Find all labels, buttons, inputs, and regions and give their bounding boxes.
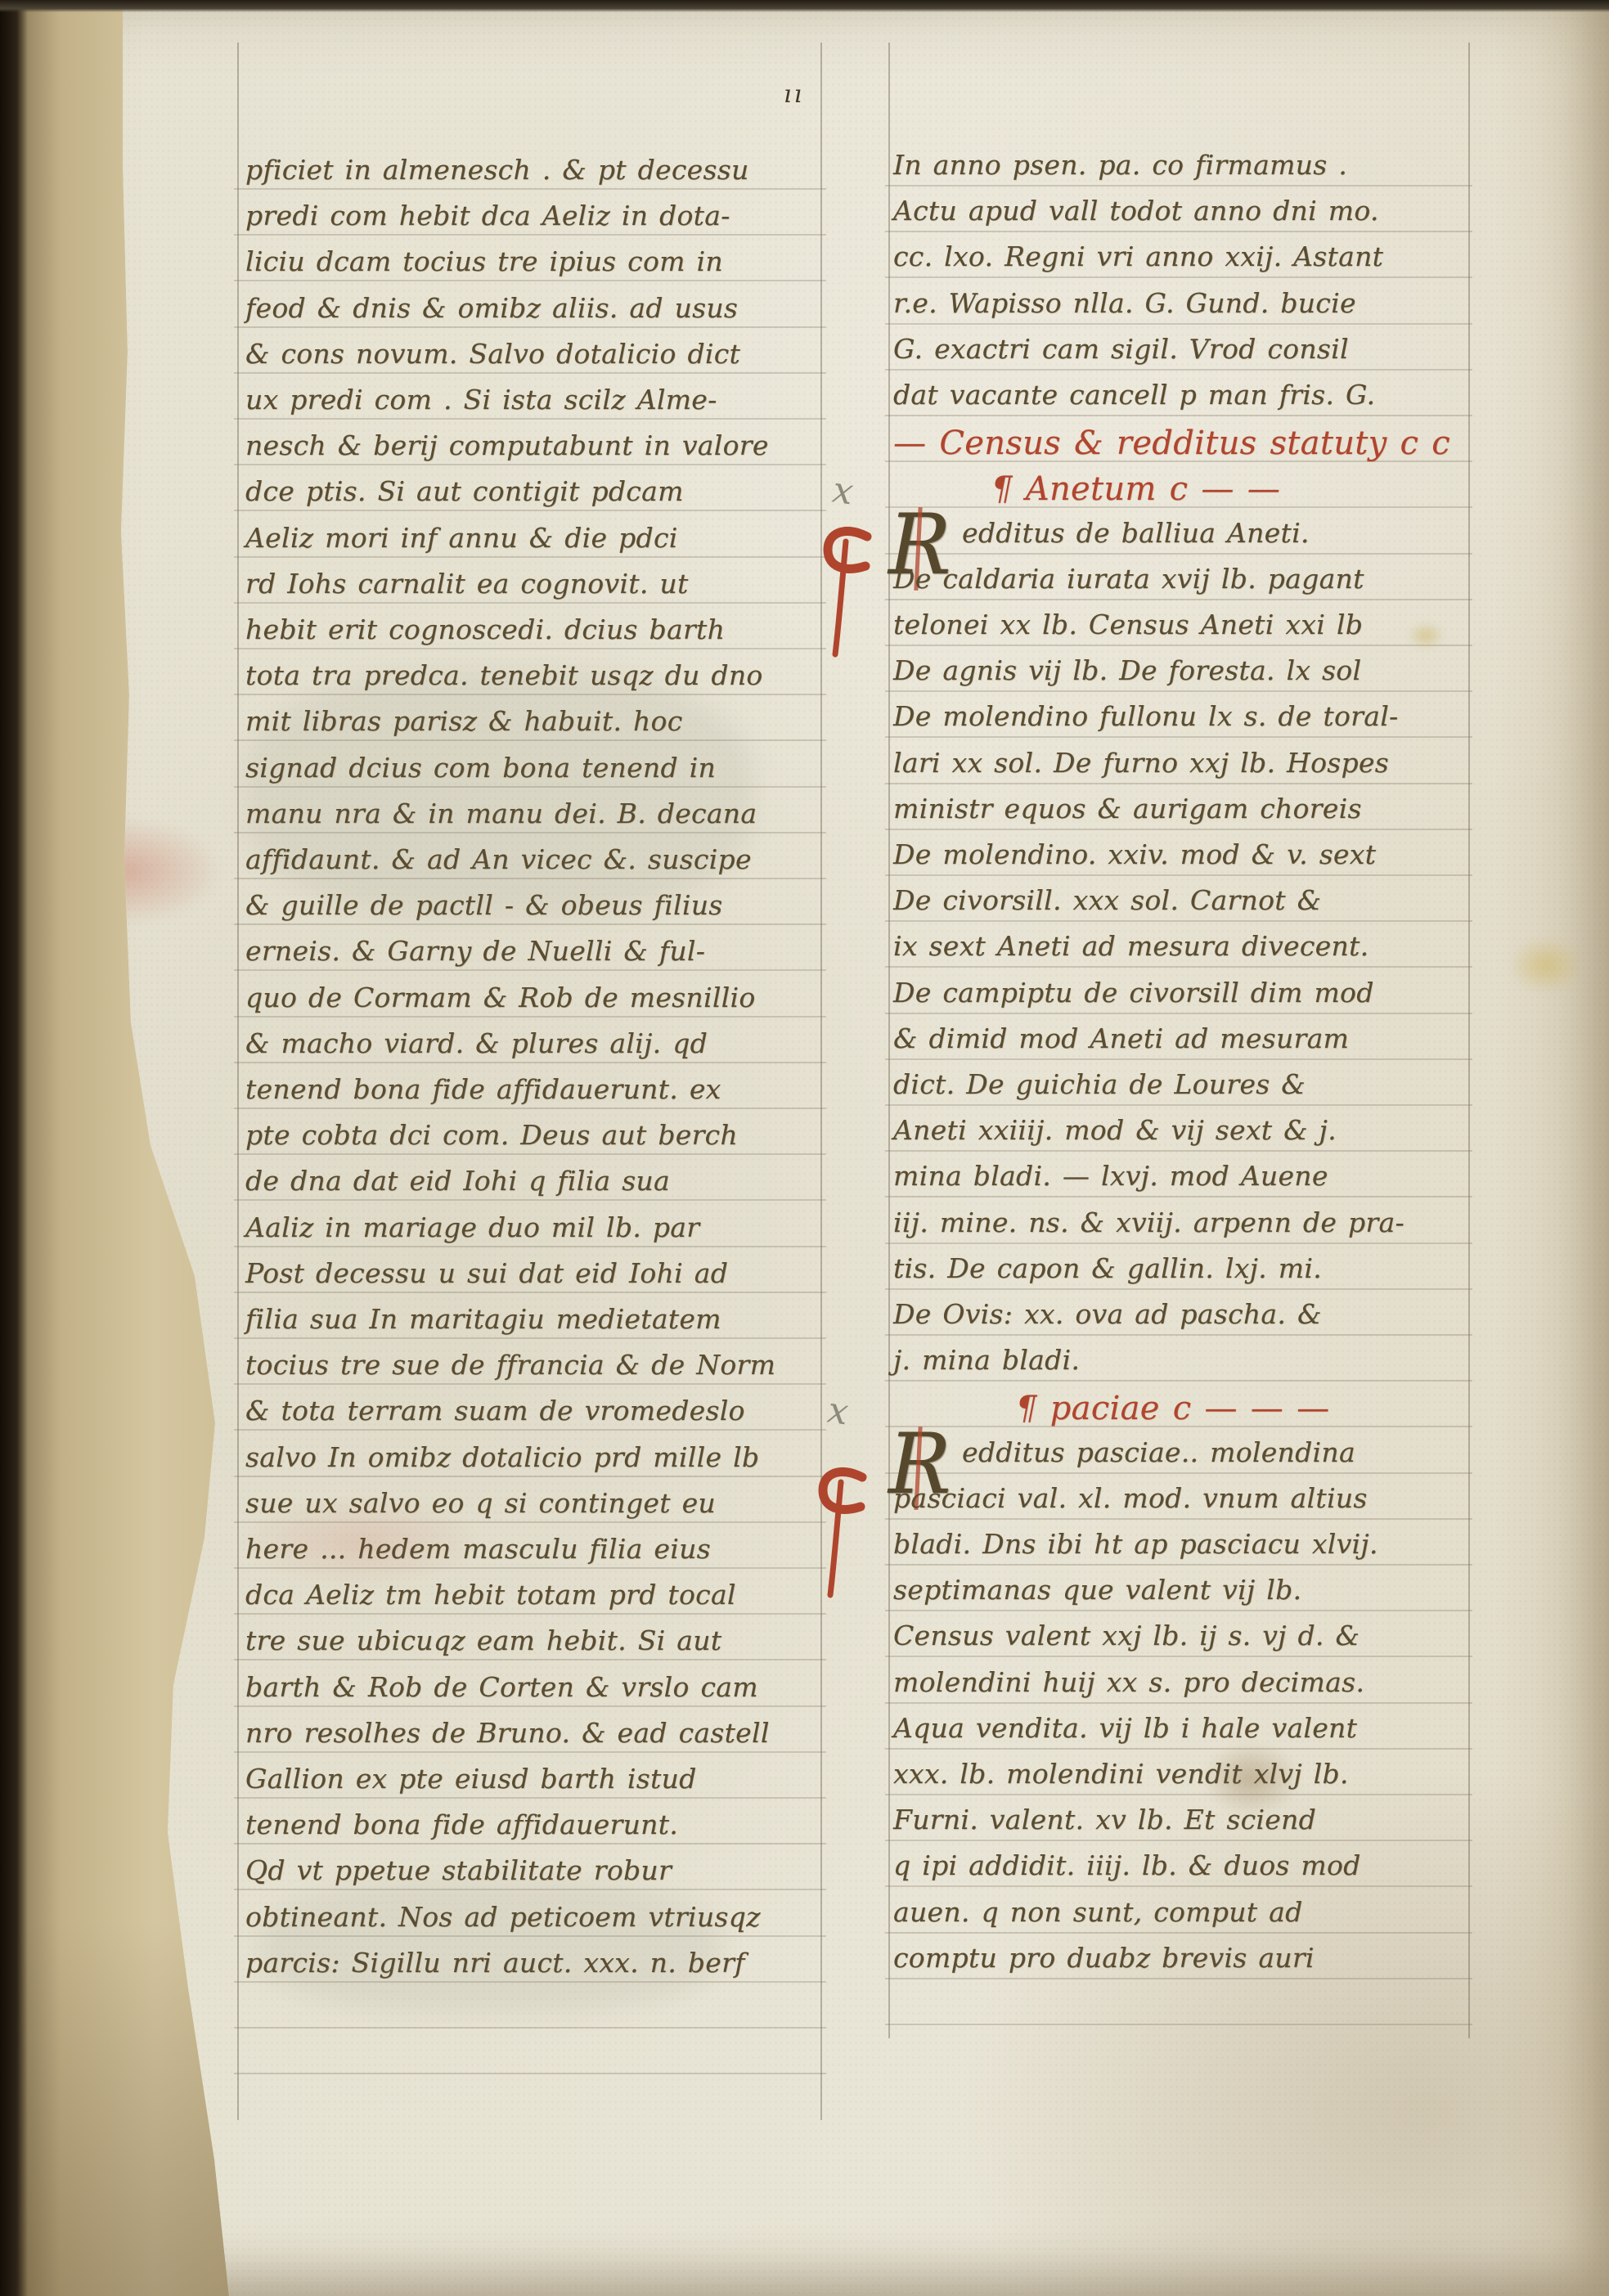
- text-line: hebit erit cognoscedi. dcius barth: [245, 613, 725, 645]
- line-text: predi com hebit dca Aeliz in dota-: [245, 200, 730, 231]
- line-text: ux predi com . Si ista scilz Alme-: [245, 384, 717, 416]
- text-line: De caldaria iurata xvij lb. pagant: [893, 563, 1364, 595]
- line-text: Gallion ex pte eiusd barth istud: [245, 1763, 697, 1795]
- text-line: quo de Cormam & Rob de mesnillio: [245, 982, 756, 1013]
- text-line: barth & Rob de Corten & vrslo cam: [245, 1671, 758, 1703]
- text-line: mina bladi. — lxvj. mod Auene: [893, 1160, 1328, 1192]
- line-text: Post decessu u sui dat eid Iohi ad: [245, 1257, 728, 1289]
- text-line: nesch & berij computabunt in valore: [245, 429, 769, 461]
- rubric-line: ¶ Anetum c — —: [991, 470, 1280, 508]
- text-line: dca Aeliz tm hebit totam prd tocal: [245, 1579, 736, 1611]
- text-line: & dimid mod Aneti ad mesuram: [893, 1022, 1349, 1054]
- text-line: pte cobta dci com. Deus aut berch: [245, 1119, 738, 1151]
- line-text: De campiptu de civorsill dim mod: [893, 977, 1374, 1009]
- line-text: Qd vt ppetue stabilitate robur: [245, 1854, 672, 1886]
- text-line: Furni. valent. xv lb. Et sciend: [893, 1804, 1316, 1835]
- text-line: ux predi com . Si ista scilz Alme-: [245, 384, 717, 416]
- line-text: De civorsill. xxx sol. Carnot &: [893, 884, 1321, 916]
- line-text: sue ux salvo eo q si continget eu: [245, 1487, 716, 1519]
- text-line: pasciaci val. xl. mod. vnum altius: [893, 1482, 1368, 1514]
- text-line: In anno psen. pa. co firmamus .: [893, 149, 1347, 181]
- line-text: — Census & redditus statuty c c: [893, 425, 1450, 462]
- line-text: ix sext Aneti ad mesura divecent.: [893, 930, 1369, 962]
- text-line: xxx. lb. molendini vendit xlvj lb.: [893, 1758, 1349, 1790]
- text-line: ix sext Aneti ad mesura divecent.: [893, 930, 1369, 962]
- rubric-paraph-icon: [815, 1464, 874, 1606]
- text-line: auen. q non sunt, comput ad: [893, 1896, 1303, 1928]
- text-line: nro resolhes de Bruno. & ead castell: [245, 1717, 770, 1749]
- line-text: auen. q non sunt, comput ad: [893, 1896, 1303, 1928]
- text-line: salvo In omibz dotalicio prd mille lb: [245, 1441, 759, 1473]
- line-text: affidaunt. & ad An vicec &. suscipe: [245, 843, 752, 875]
- line-text: & macho viard. & plures alij. qd: [245, 1027, 708, 1059]
- text-line: cc. lxo. Regni vri anno xxij. Astant: [893, 240, 1383, 272]
- line-text: filia sua In maritagiu medietatem: [245, 1303, 721, 1335]
- text-line: ministr equos & aurigam choreis: [893, 793, 1362, 824]
- ruling-horizontal: [234, 2073, 826, 2074]
- text-line: obtineant. Nos ad peticoem vtriusqz: [245, 1901, 761, 1933]
- rubric-paraph-icon: [820, 523, 879, 666]
- yellow-stain: [1509, 937, 1583, 994]
- text-line: & guille de pactll - & obeus filius: [245, 889, 722, 921]
- text-line: mit libras parisz & habuit. hoc: [245, 705, 683, 737]
- manuscript-photo: ıı pficiet in almenesch . & pt decessupr…: [0, 0, 1609, 2296]
- rubric-line: ¶ paciae c — — —: [1016, 1390, 1329, 1427]
- line-text: Census valent xxj lb. ij s. vj d. &: [893, 1620, 1360, 1651]
- text-line: Post decessu u sui dat eid Iohi ad: [245, 1257, 728, 1289]
- text-line: Census valent xxj lb. ij s. vj d. &: [893, 1620, 1360, 1651]
- line-text: obtineant. Nos ad peticoem vtriusqz: [245, 1901, 761, 1933]
- text-line: sue ux salvo eo q si continget eu: [245, 1487, 716, 1519]
- line-text: Aneti xxiiij. mod & vij sext & j.: [893, 1114, 1337, 1146]
- text-line: comptu pro duabz brevis auri: [893, 1942, 1315, 1974]
- line-text: Aaliz in mariage duo mil lb. par: [245, 1211, 699, 1243]
- text-line: r.e. Wapisso nlla. G. Gund. bucie: [893, 287, 1356, 319]
- line-text: cc. lxo. Regni vri anno xxij. Astant: [893, 240, 1383, 272]
- text-line: Aqua vendita. vij lb i hale valent: [893, 1712, 1357, 1744]
- line-text: iij. mine. ns. & xviij. arpenn de pra-: [893, 1206, 1405, 1238]
- line-text: pficiet in almenesch . & pt decessu: [245, 154, 749, 186]
- line-text: feod & dnis & omibz aliis. ad usus: [245, 292, 738, 324]
- text-line: pficiet in almenesch . & pt decessu: [245, 154, 749, 186]
- line-text: nesch & berij computabunt in valore: [245, 429, 769, 461]
- line-text: erneis. & Garny de Nuelli & ful-: [245, 935, 705, 967]
- text-line: septimanas que valent vij lb.: [893, 1574, 1301, 1606]
- line-text: pte cobta dci com. Deus aut berch: [245, 1119, 738, 1151]
- line-text: tota tra predca. tenebit usqz du dno: [245, 659, 763, 691]
- binding-gutter: [0, 0, 28, 2296]
- text-line: Aneti xxiiij. mod & vij sext & j.: [893, 1114, 1337, 1146]
- line-text: dict. De guichia de Loures &: [893, 1068, 1306, 1100]
- text-line: De civorsill. xxx sol. Carnot &: [893, 884, 1321, 916]
- line-text: tis. De capon & gallin. lxj. mi.: [893, 1252, 1322, 1284]
- folio-mark: ıı: [784, 80, 804, 109]
- text-line: liciu dcam tocius tre ipius com in: [245, 245, 723, 277]
- line-text: mit libras parisz & habuit. hoc: [245, 705, 683, 737]
- line-text: telonei xx lb. Census Aneti xxi lb: [893, 609, 1363, 640]
- text-line: affidaunt. & ad An vicec &. suscipe: [245, 843, 752, 875]
- line-text: dca Aeliz tm hebit totam prd tocal: [245, 1579, 736, 1611]
- line-text: q ipi addidit. iiij. lb. & duos mod: [893, 1849, 1361, 1881]
- line-text: nro resolhes de Bruno. & ead castell: [245, 1717, 770, 1749]
- margin-x-mark: x: [830, 470, 856, 514]
- line-text: hebit erit cognoscedi. dcius barth: [245, 613, 725, 645]
- text-line: predi com hebit dca Aeliz in dota-: [245, 200, 730, 231]
- text-line: bladi. Dns ibi ht ap pasciacu xlvij.: [893, 1528, 1378, 1560]
- line-text: De Ovis: xx. ova ad pascha. &: [893, 1298, 1322, 1330]
- parchment-leaf: ıı pficiet in almenesch . & pt decessupr…: [0, 0, 1609, 2296]
- line-text: parcis: Sigillu nri auct. xxx. n. berf: [245, 1947, 745, 1979]
- line-text: r.e. Wapisso nlla. G. Gund. bucie: [893, 287, 1356, 319]
- text-line: & cons novum. Salvo dotalicio dict: [245, 338, 740, 370]
- text-line: manu nra & in manu dei. B. decana: [245, 798, 757, 829]
- text-line: & macho viard. & plures alij. qd: [245, 1027, 708, 1059]
- line-text: bladi. Dns ibi ht ap pasciacu xlvij.: [893, 1528, 1378, 1560]
- text-line: parcis: Sigillu nri auct. xxx. n. berf: [245, 1947, 745, 1979]
- line-text: ministr equos & aurigam choreis: [893, 793, 1362, 824]
- text-line: here ... hedem masculu filia eius: [245, 1533, 711, 1565]
- text-line: G. exactri cam sigil. Vrod consil: [893, 333, 1349, 365]
- line-text: molendini huij xx s. pro decimas.: [893, 1666, 1364, 1698]
- rubric-line: — Census & redditus statuty c c: [893, 425, 1450, 462]
- text-line: telonei xx lb. Census Aneti xxi lb: [893, 609, 1363, 640]
- line-text: j. mina bladi.: [893, 1344, 1080, 1376]
- text-line: Actu apud vall todot anno dni mo.: [893, 195, 1379, 227]
- text-line: signad dcius com bona tenend in: [245, 752, 716, 784]
- text-line: tis. De capon & gallin. lxj. mi.: [893, 1252, 1322, 1284]
- text-line: tota tra predca. tenebit usqz du dno: [245, 659, 763, 691]
- line-text: here ... hedem masculu filia eius: [245, 1533, 711, 1565]
- text-line: Gallion ex pte eiusd barth istud: [245, 1763, 697, 1795]
- line-text: manu nra & in manu dei. B. decana: [245, 798, 757, 829]
- text-line: De campiptu de civorsill dim mod: [893, 977, 1374, 1009]
- line-text: dat vacante cancell p man fris. G.: [893, 379, 1375, 411]
- text-line: feod & dnis & omibz aliis. ad usus: [245, 292, 738, 324]
- text-line: Redditus de balliua Aneti.: [893, 517, 1310, 549]
- line-text: & tota terram suam de vromedeslo: [245, 1395, 745, 1427]
- line-text: De caldaria iurata xvij lb. pagant: [893, 563, 1364, 595]
- line-text: salvo In omibz dotalicio prd mille lb: [245, 1441, 759, 1473]
- text-line: lari xx sol. De furno xxj lb. Hospes: [893, 747, 1389, 779]
- line-text: & guille de pactll - & obeus filius: [245, 889, 722, 921]
- text-line: iij. mine. ns. & xviij. arpenn de pra-: [893, 1206, 1405, 1238]
- line-text: liciu dcam tocius tre ipius com in: [245, 245, 723, 277]
- line-text: ¶ paciae c — — —: [1016, 1390, 1329, 1427]
- line-text: comptu pro duabz brevis auri: [893, 1942, 1315, 1974]
- line-text: tenend bona fide affidauerunt.: [245, 1808, 678, 1840]
- line-text: & cons novum. Salvo dotalicio dict: [245, 338, 740, 370]
- line-text: De molendino fullonu lx s. de toral-: [893, 700, 1399, 732]
- right-text-column: In anno psen. pa. co firmamus .Actu apud…: [893, 149, 1476, 2047]
- text-line: De molendino fullonu lx s. de toral-: [893, 700, 1399, 732]
- line-text: tenend bona fide affidauerunt. ex: [245, 1073, 721, 1105]
- text-line: & tota terram suam de vromedeslo: [245, 1395, 745, 1427]
- text-line: tenend bona fide affidauerunt.: [245, 1808, 678, 1840]
- line-text: De molendino. xxiv. mod & v. sext: [893, 838, 1376, 870]
- text-line: De Ovis: xx. ova ad pascha. &: [893, 1298, 1322, 1330]
- line-text: lari xx sol. De furno xxj lb. Hospes: [893, 747, 1389, 779]
- text-line: j. mina bladi.: [893, 1344, 1080, 1376]
- line-text: & dimid mod Aneti ad mesuram: [893, 1022, 1349, 1054]
- line-text: De agnis vij lb. De foresta. lx sol: [893, 654, 1361, 686]
- text-line: Aeliz mori inf annu & die pdci: [245, 522, 678, 554]
- line-text: G. exactri cam sigil. Vrod consil: [893, 333, 1349, 365]
- line-text: septimanas que valent vij lb.: [893, 1574, 1301, 1606]
- left-text-column: pficiet in almenesch . & pt decessupredi…: [245, 154, 828, 2035]
- ruling-vertical-left-col-left: [237, 43, 239, 2120]
- line-text: signad dcius com bona tenend in: [245, 752, 716, 784]
- line-text: rd Iohs carnalit ea cognovit. ut: [245, 568, 689, 600]
- text-line: dict. De guichia de Loures &: [893, 1068, 1306, 1100]
- text-line: Qd vt ppetue stabilitate robur: [245, 1854, 672, 1886]
- line-text: mina bladi. — lxvj. mod Auene: [893, 1160, 1328, 1192]
- text-line: dat vacante cancell p man fris. G.: [893, 379, 1375, 411]
- text-line: tenend bona fide affidauerunt. ex: [245, 1073, 721, 1105]
- line-text: Aeliz mori inf annu & die pdci: [245, 522, 678, 554]
- text-line: erneis. & Garny de Nuelli & ful-: [245, 935, 705, 967]
- text-line: Aaliz in mariage duo mil lb. par: [245, 1211, 699, 1243]
- text-line: rd Iohs carnalit ea cognovit. ut: [245, 568, 689, 600]
- line-text: quo de Cormam & Rob de mesnillio: [245, 982, 756, 1013]
- text-line: De molendino. xxiv. mod & v. sext: [893, 838, 1376, 870]
- margin-x-mark: x: [825, 1390, 852, 1434]
- text-line: filia sua In maritagiu medietatem: [245, 1303, 721, 1335]
- line-text: xxx. lb. molendini vendit xlvj lb.: [893, 1758, 1349, 1790]
- line-text: barth & Rob de Corten & vrslo cam: [245, 1671, 758, 1703]
- line-text: ¶ Anetum c — —: [991, 470, 1280, 508]
- text-line: Redditus pasciae.. molendina: [893, 1436, 1355, 1468]
- line-text: Aqua vendita. vij lb i hale valent: [893, 1712, 1357, 1744]
- line-text: de dna dat eid Iohi q filia sua: [245, 1165, 670, 1197]
- line-text: edditus de balliua Aneti.: [962, 517, 1310, 549]
- text-line: tre sue ubicuqz eam hebit. Si aut: [245, 1624, 721, 1656]
- line-text: tre sue ubicuqz eam hebit. Si aut: [245, 1624, 721, 1656]
- top-edge-shadow: [0, 0, 1609, 12]
- line-text: pasciaci val. xl. mod. vnum altius: [893, 1482, 1368, 1514]
- text-line: dce ptis. Si aut contigit pdcam: [245, 475, 684, 507]
- line-text: Actu apud vall todot anno dni mo.: [893, 195, 1379, 227]
- line-text: edditus pasciae.. molendina: [962, 1436, 1355, 1468]
- line-text: tocius tre sue de ffrancia & de Norm: [245, 1349, 775, 1381]
- line-text: Furni. valent. xv lb. Et sciend: [893, 1804, 1316, 1835]
- line-text: In anno psen. pa. co firmamus .: [893, 149, 1347, 181]
- text-line: tocius tre sue de ffrancia & de Norm: [245, 1349, 775, 1381]
- text-line: q ipi addidit. iiij. lb. & duos mod: [893, 1849, 1361, 1881]
- line-text: dce ptis. Si aut contigit pdcam: [245, 475, 684, 507]
- ruling-vertical-right-col-left: [888, 43, 890, 2038]
- text-line: molendini huij xx s. pro decimas.: [893, 1666, 1364, 1698]
- text-line: de dna dat eid Iohi q filia sua: [245, 1165, 670, 1197]
- text-line: De agnis vij lb. De foresta. lx sol: [893, 654, 1361, 686]
